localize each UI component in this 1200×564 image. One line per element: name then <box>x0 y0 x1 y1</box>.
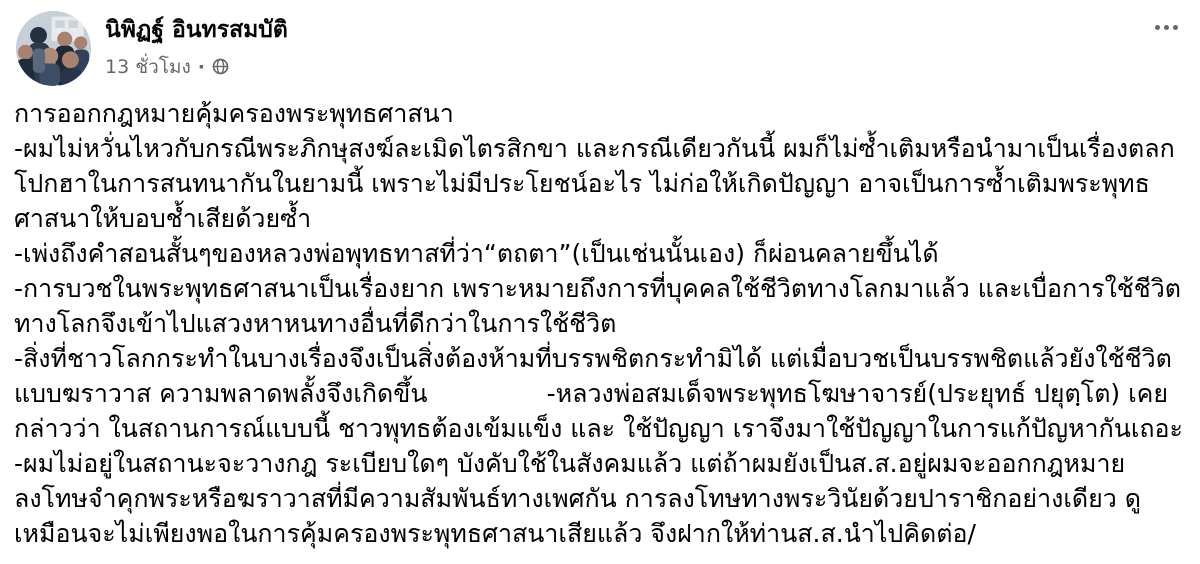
avatar[interactable] <box>16 11 91 86</box>
post-meta: 13 ชั่วโมง · <box>105 52 288 82</box>
globe-icon <box>212 58 229 75</box>
ellipsis-icon <box>1173 25 1178 30</box>
facebook-post: นิพิฏฐ์ อินทรสมบัติ 13 ชั่วโมง · การออกก… <box>0 0 1200 564</box>
header-text: นิพิฏฐ์ อินทรสมบัติ 13 ชั่วโมง · <box>105 11 288 82</box>
author-name[interactable]: นิพิฏฐ์ อินทรสมบัติ <box>105 17 288 45</box>
avatar-image <box>16 11 91 86</box>
post-paragraph: การออกกฎหมายคุ้มครองพระพุทธศาสนา <box>14 96 1186 131</box>
ellipsis-icon <box>1164 25 1169 30</box>
meta-separator: · <box>198 56 205 78</box>
post-options-button[interactable] <box>1149 11 1184 30</box>
post-header: นิพิฏฐ์ อินทรสมบัติ 13 ชั่วโมง · <box>0 0 1200 90</box>
post-body: การออกกฎหมายคุ้มครองพระพุทธศาสนา -ผมไม่ห… <box>0 90 1200 551</box>
post-paragraph: -ผมไม่อยู่ในสถานะจะวางกฎ ระเบียบใดๆ บังค… <box>14 446 1186 551</box>
post-paragraph: -ผมไม่หวั่นไหวกับกรณีพระภิกษุสงฆ์ละเมิดไ… <box>14 131 1186 236</box>
ellipsis-icon <box>1155 25 1160 30</box>
post-paragraph: -การบวชในพระพุทธศาสนาเป็นเรื่องยาก เพราะ… <box>14 271 1186 341</box>
post-paragraph: -สิ่งที่ชาวโลกกระทำในบางเรื่องจึงเป็นสิ่… <box>14 341 1186 446</box>
timestamp[interactable]: 13 ชั่วโมง <box>105 52 191 82</box>
post-paragraph: -เพ่งถึงคำสอนสั้นๆของหลวงพ่อพุทธทาสที่ว่… <box>14 236 1186 271</box>
